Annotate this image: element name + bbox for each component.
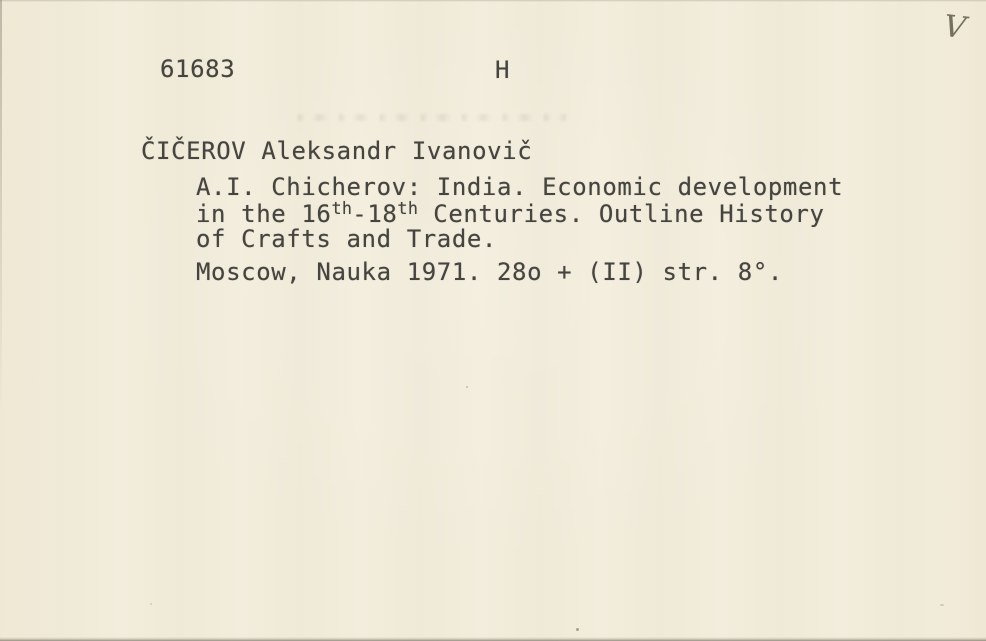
title-line-2-pre: in the 16 — [196, 200, 331, 228]
dust-speck — [466, 386, 468, 388]
heading-letter: H — [495, 58, 510, 82]
call-number: 61683 — [160, 57, 235, 81]
dust-speck — [150, 603, 152, 605]
card-left-edge-shadow — [0, 0, 2, 420]
title-line-3: of Crafts and Trade. — [196, 227, 497, 251]
handwritten-v-mark: V — [942, 9, 968, 46]
title-line-2: in the 16th-18th Centuries. Outline Hist… — [196, 202, 825, 226]
superscript-th-2: th — [397, 200, 418, 217]
title-line-2-post: Centuries. Outline History — [418, 200, 824, 228]
title-line-1: A.I. Chicherov: India. Economic developm… — [196, 175, 843, 199]
card-bottom-edge-shadow — [0, 637, 986, 641]
imprint-line: Moscow, Nauka 1971. 28o + (II) str. 8°. — [196, 260, 783, 284]
author-heading: ČIČEROV Aleksandr Ivanovič — [141, 139, 532, 163]
faded-erased-text — [298, 114, 566, 121]
dust-speck — [940, 604, 944, 606]
card-top-edge-shadow — [0, 0, 986, 2]
catalog-card: 61683 H V ČIČEROV Aleksandr Ivanovič A.I… — [0, 0, 986, 641]
superscript-th-1: th — [331, 200, 352, 217]
dust-speck — [576, 628, 579, 631]
title-line-2-mid: -18 — [352, 200, 397, 228]
